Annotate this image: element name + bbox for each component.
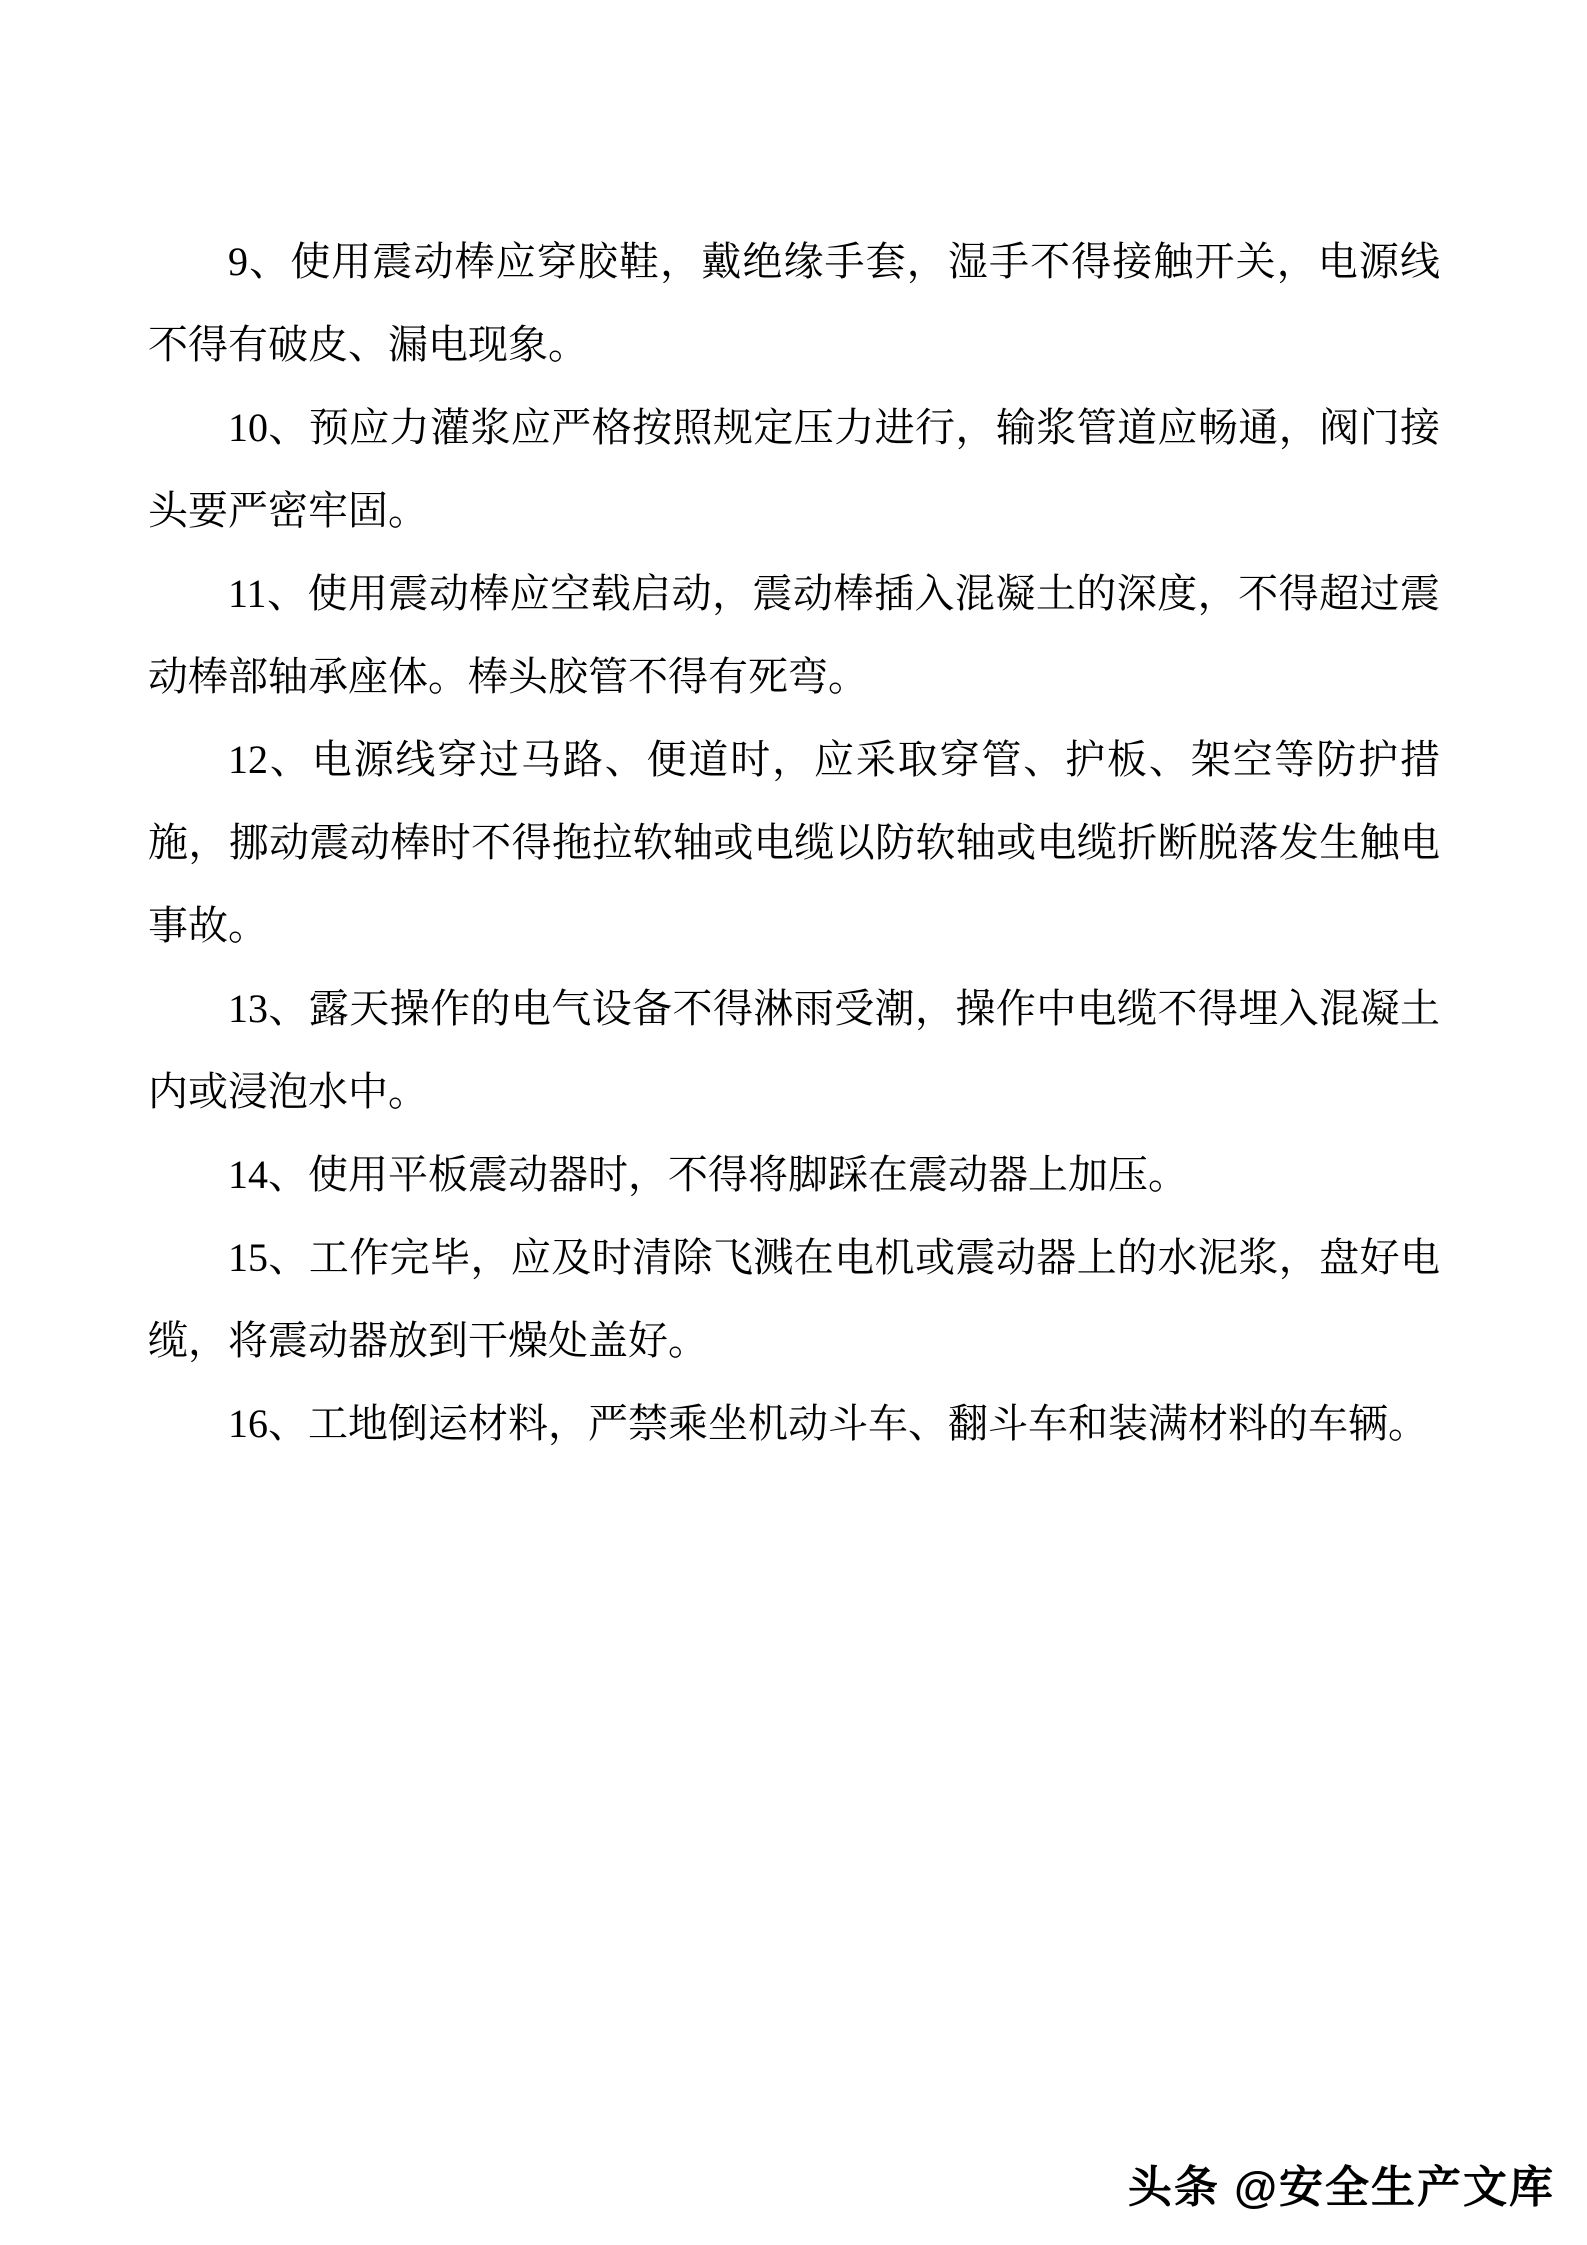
paragraph-item-14: 14、使用平板震动器时，不得将脚踩在震动器上加压。: [148, 1133, 1440, 1216]
paragraph-item-16: 16、工地倒运材料，严禁乘坐机动斗车、翻斗车和装满材料的车辆。: [148, 1382, 1440, 1465]
paragraph-item-9: 9、使用震动棒应穿胶鞋，戴绝缘手套，湿手不得接触开关，电源线不得有破皮、漏电现象…: [148, 220, 1440, 386]
paragraph-item-13: 13、露天操作的电气设备不得淋雨受潮，操作中电缆不得埋入混凝土内或浸泡水中。: [148, 967, 1440, 1133]
paragraph-item-11: 11、使用震动棒应空载启动，震动棒插入混凝土的深度，不得超过震动棒部轴承座体。棒…: [148, 552, 1440, 718]
document-page: 9、使用震动棒应穿胶鞋，戴绝缘手套，湿手不得接触开关，电源线不得有破皮、漏电现象…: [0, 0, 1587, 2245]
paragraph-item-15: 15、工作完毕，应及时清除飞溅在电机或震动器上的水泥浆，盘好电缆，将震动器放到干…: [148, 1216, 1440, 1382]
toutiao-watermark: 头条 @安全生产文库: [1128, 2151, 1555, 2215]
paragraph-item-10: 10、预应力灌浆应严格按照规定压力进行，输浆管道应畅通，阀门接头要严密牢固。: [148, 386, 1440, 552]
paragraph-item-12: 12、电源线穿过马路、便道时，应采取穿管、护板、架空等防护措施，挪动震动棒时不得…: [148, 718, 1440, 967]
document-body: 9、使用震动棒应穿胶鞋，戴绝缘手套，湿手不得接触开关，电源线不得有破皮、漏电现象…: [148, 220, 1440, 1465]
